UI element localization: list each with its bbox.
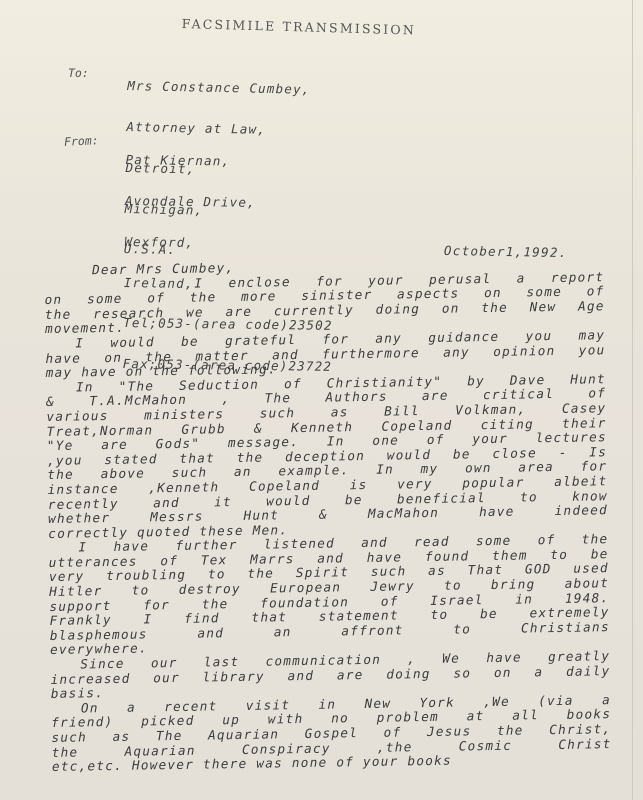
paper-edge <box>632 0 633 800</box>
to-label: To: <box>68 66 89 80</box>
document-title: FACSIMILE TRANSMISSION <box>182 16 417 38</box>
recipient-line: Mrs Constance Cumbey, <box>127 79 310 96</box>
from-label: From: <box>64 133 99 149</box>
sender-line: Avondale Drive, <box>125 194 335 211</box>
letter-paragraphs: I enclose for your perusal a reporton so… <box>44 270 612 775</box>
fax-page: FACSIMILE TRANSMISSION To: Mrs Constance… <box>0 0 643 800</box>
sender-line: Wexford, <box>124 235 334 252</box>
sender-line: Pat Kiernan, <box>125 153 335 170</box>
letter-body: Dear Mrs Cumbey, I enclose for your peru… <box>44 255 612 775</box>
